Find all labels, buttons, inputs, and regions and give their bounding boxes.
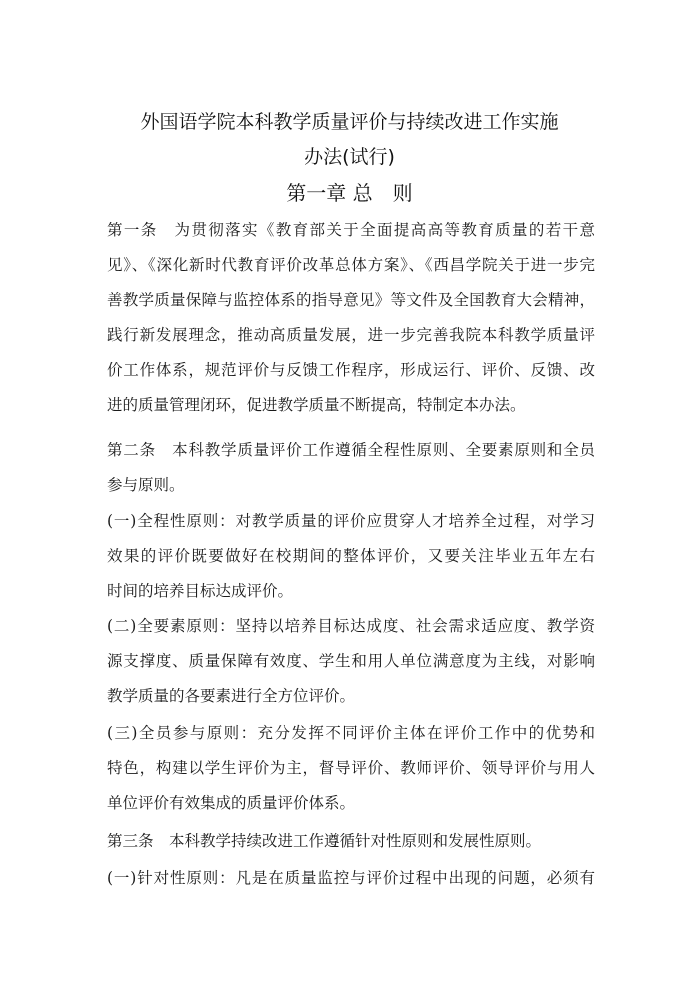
article-2-line-1: 第二条 本科教学质量评价工作遵循全程性原则、全要素原则和全员 (107, 439, 595, 461)
article-1-line-1: 第一条 为贯彻落实《教育部关于全面提高高等教育质量的若干意 (107, 219, 595, 241)
principle-full-participation-line-2: 特色，构建以学生评价为主，督导评价、教师评价、领导评价与用人 (107, 757, 595, 779)
chapter-heading: 第一章 总 则 (0, 180, 699, 206)
article-3-line-1: 第三条 本科教学持续改进工作遵循针对性原则和发展性原则。 (107, 830, 595, 852)
article-1-line-6: 进的质量管理闭环，促进教学质量不断提高，特制定本办法。 (107, 394, 595, 416)
principle-whole-process-line-3: 时间的培养目标达成评价。 (107, 580, 595, 602)
principle-all-elements-line-1: (二)全要素原则：坚持以培养目标达成度、社会需求适应度、教学资 (107, 615, 595, 637)
principle-full-participation-line-3: 单位评价有效集成的质量评价体系。 (107, 792, 595, 814)
document-title-line-1: 外国语学院本科教学质量评价与持续改进工作实施 (0, 110, 699, 134)
principle-whole-process-line-1: (一)全程性原则：对教学质量的评价应贯穿人才培养全过程，对学习 (107, 510, 595, 532)
article-2-line-2: 参与原则。 (107, 474, 595, 496)
article-1-line-5: 价工作体系，规范评价与反馈工作程序，形成运行、评价、反馈、改 (107, 359, 595, 381)
principle-full-participation-line-1: (三)全员参与原则：充分发挥不同评价主体在评价工作中的优势和 (107, 722, 595, 744)
article-1-line-2: 见》、《深化新时代教育评价改革总体方案》、《西昌学院关于进一步完 (107, 254, 595, 276)
document-title-line-2: 办法(试行) (0, 145, 699, 169)
article-1-line-3: 善教学质量保障与监控体系的指导意见》等文件及全国教育大会精神， (107, 289, 595, 311)
principle-all-elements-line-3: 教学质量的各要素进行全方位评价。 (107, 685, 595, 707)
principle-targeted-line-1: (一)针对性原则：凡是在质量监控与评价过程中出现的问题，必须有 (107, 867, 595, 889)
principle-all-elements-line-2: 源支撑度、质量保障有效度、学生和用人单位满意度为主线，对影响 (107, 650, 595, 672)
principle-whole-process-line-2: 效果的评价既要做好在校期间的整体评价，又要关注毕业五年左右 (107, 545, 595, 567)
article-1-line-4: 践行新发展理念，推动高质量发展，进一步完善我院本科教学质量评 (107, 324, 595, 346)
document-page: 外国语学院本科教学质量评价与持续改进工作实施 办法(试行) 第一章 总 则 第一… (0, 0, 699, 989)
